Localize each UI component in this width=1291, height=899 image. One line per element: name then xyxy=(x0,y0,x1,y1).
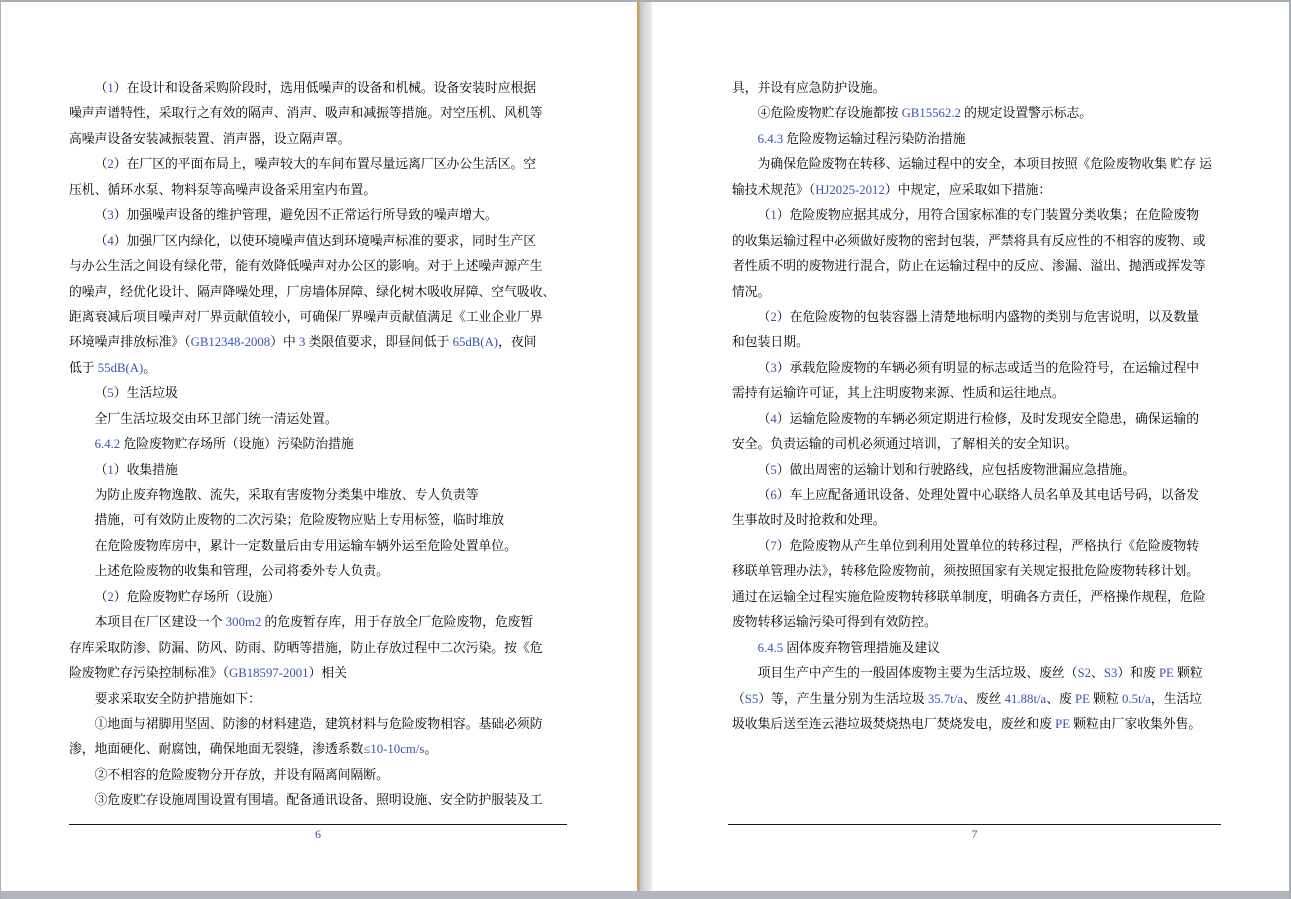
latin-text: 4 xyxy=(107,234,113,248)
latin-text: GB18597-2001 xyxy=(229,666,309,680)
latin-text: 3 xyxy=(107,208,113,222)
text-line: 噪声声谱特性，采取行之有效的隔声、消声、吸声和减振等措施。对空压机、风机等 xyxy=(69,101,631,126)
latin-text: 6.4.5 xyxy=(758,641,784,655)
text-line: 者性质不明的废物进行混合，防止在运输过程中的反应、渗漏、溢出、抛洒或挥发等 xyxy=(732,254,1283,279)
page-7-text-column: 具，并设有应急防护设施。④危险废物贮存设施都按 GB15562.2 的规定设置警… xyxy=(652,2,1289,737)
latin-text: ≤10-10cm/s xyxy=(363,742,424,756)
page-7: 具，并设有应急防护设施。④危险废物贮存设施都按 GB15562.2 的规定设置警… xyxy=(652,2,1289,891)
text-line: （2）在危险废物的包装容器上清楚地标明内盛物的类别与危害说明，以及数量 xyxy=(732,305,1283,330)
latin-text: 2 xyxy=(770,310,776,324)
section-heading: 6.4.3 危险废物运输过程污染防治措施 xyxy=(732,127,1283,152)
latin-text: HJ2025-2012 xyxy=(815,183,885,197)
text-line: 项目生产中产生的一般固体废物主要为生活垃圾、废丝（S2、S3）和废 PE 颗粒 xyxy=(732,661,1283,686)
text-line: 需持有运输许可证，其上注明废物来源、性质和运往地点。 xyxy=(732,381,1283,406)
text-line: （4）加强厂区内绿化，以使环境噪声值达到环境噪声标准的要求，同时生产区 xyxy=(69,229,631,254)
text-line: 全厂生活垃圾交由环卫部门统一清运处置。 xyxy=(69,407,631,432)
text-line: （3）承载危险废物的车辆必须有明显的标志或适当的危险符号，在运输过程中 xyxy=(732,356,1283,381)
text-line: 通过在运输全过程实施危险废物转移联单制度，明确各方责任，严格操作规程，危险 xyxy=(732,585,1283,610)
latin-text: 7 xyxy=(770,539,776,553)
text-line: （1）在设计和设备采购阶段时，选用低噪声的设备和机械。设备安装时应根据 xyxy=(69,76,631,101)
latin-text: PE xyxy=(1075,692,1090,706)
two-page-spread: （1）在设计和设备采购阶段时，选用低噪声的设备和机械。设备安装时应根据噪声声谱特… xyxy=(1,2,1289,891)
text-line: 废物转移运输污染可得到有效防控。 xyxy=(732,610,1283,635)
text-line: 上述危险废物的收集和管理，公司将委外专人负责。 xyxy=(69,559,631,584)
latin-text: 1 xyxy=(107,81,113,95)
text-line: 为确保危险废物在转移、运输过程中的安全，本项目按照《危险废物收集 贮存 运 xyxy=(732,152,1283,177)
page-6-text-column: （1）在设计和设备采购阶段时，选用低噪声的设备和机械。设备安装时应根据噪声声谱特… xyxy=(1,2,637,814)
text-line: （1）危险废物应据其成分，用符合国家标准的专门装置分类收集；在危险废物 xyxy=(732,203,1283,228)
section-heading: 6.4.2 危险废物贮存场所（设施）污染防治措施 xyxy=(69,432,631,457)
latin-text: S5 xyxy=(745,692,759,706)
page-number: 7 xyxy=(728,825,1221,842)
text-line: 环境噪声排放标准》（GB12348-2008）中 3 类限值要求，即昼间低于 6… xyxy=(69,330,631,355)
latin-text: 55dB(A) xyxy=(98,361,144,375)
text-line: 本项目在厂区建设一个 300m2 的危废暂存库，用于存放全厂危险废物，危废暂 xyxy=(69,610,631,635)
latin-text: 5 xyxy=(770,463,776,477)
text-line: （6）车上应配备通讯设备、处理处置中心联络人员名单及其电话号码，以备发 xyxy=(732,483,1283,508)
latin-text: 5 xyxy=(107,386,113,400)
latin-text: 65dB(A) xyxy=(453,335,499,349)
page-7-footer: 7 xyxy=(728,824,1221,842)
text-line: （S5）等，产生量分别为生活垃圾 35.7t/a、废丝 41.88t/a、废 P… xyxy=(732,687,1283,712)
latin-text: 3 xyxy=(299,335,305,349)
text-line: ③危废贮存设施周围设置有围墙。配备通讯设备、照明设施、安全防护服装及工 xyxy=(69,788,631,813)
text-line: （4）运输危险废物的车辆必须定期进行检修，及时发现安全隐患，确保运输的 xyxy=(732,407,1283,432)
text-line: 低于 55dB(A)。 xyxy=(69,356,631,381)
text-line: 的噪声，经优化设计、隔声降噪处理，厂房墙体屏障、绿化树木吸收屏障、空气吸收、 xyxy=(69,280,631,305)
latin-text: S3 xyxy=(1104,666,1118,680)
latin-text: 6 xyxy=(770,488,776,502)
text-line: （7）危险废物从产生单位到利用处置单位的转移过程，严格执行《危险废物转 xyxy=(732,534,1283,559)
document-viewport: （1）在设计和设备采购阶段时，选用低噪声的设备和机械。设备安装时应根据噪声声谱特… xyxy=(0,0,1291,899)
latin-text: 6.4.3 xyxy=(758,132,784,146)
latin-text: 2 xyxy=(107,157,113,171)
latin-text: 41.88t/a xyxy=(1005,692,1047,706)
text-line: 险废物贮存污染控制标准》（GB18597-2001）相关 xyxy=(69,661,631,686)
latin-text: 2 xyxy=(107,590,113,604)
latin-text: 1 xyxy=(107,463,113,477)
text-line: 安全。负责运输的司机必须通过培训，了解相关的安全知识。 xyxy=(732,432,1283,457)
text-line: 具，并设有应急防护设施。 xyxy=(732,76,1283,101)
latin-text: GB15562.2 xyxy=(902,106,961,120)
text-line: 与办公生活之间设有绿化带，能有效降低噪声对办公区的影响。对于上述噪声源产生 xyxy=(69,254,631,279)
text-line: 高噪声设备安装减振装置、消声器，设立隔声罩。 xyxy=(69,127,631,152)
text-line: 和包装日期。 xyxy=(732,330,1283,355)
page-number: 6 xyxy=(69,825,567,842)
text-line: 的收集运输过程中必须做好废物的密封包装，严禁将具有反应性的不相容的废物、或 xyxy=(732,229,1283,254)
text-line: ①地面与裙脚用坚固、防渗的材料建造，建筑材料与危险废物相容。基础必须防 xyxy=(69,712,631,737)
latin-text: 1 xyxy=(770,208,776,222)
latin-text: 4 xyxy=(770,412,776,426)
text-line: 存库采取防渗、防漏、防风、防雨、防晒等措施，防止存放过程中二次污染。按《危 xyxy=(69,636,631,661)
latin-text: 6.4.2 xyxy=(95,437,121,451)
text-line: 圾收集后送至连云港垃圾焚烧热电厂焚烧发电，废丝和废 PE 颗粒由厂家收集外售。 xyxy=(732,712,1283,737)
text-line: 生事故时及时抢救和处理。 xyxy=(732,508,1283,533)
page-6: （1）在设计和设备采购阶段时，选用低噪声的设备和机械。设备安装时应根据噪声声谱特… xyxy=(1,2,637,891)
latin-text: 3 xyxy=(770,361,776,375)
text-line: 为防止废弃物逸散、流失，采取有害废物分类集中堆放、专人负责等 xyxy=(69,483,631,508)
text-line: （2）在厂区的平面布局上，噪声较大的车间布置尽量远离厂区办公生活区。空 xyxy=(69,152,631,177)
text-line: 距离衰减后项目噪声对厂界贡献值较小，可确保厂界噪声贡献值满足《工业企业厂界 xyxy=(69,305,631,330)
latin-text: 300m2 xyxy=(226,615,262,629)
page-gap-divider xyxy=(637,2,652,891)
text-line: ④危险废物贮存设施都按 GB15562.2 的规定设置警示标志。 xyxy=(732,101,1283,126)
latin-text: GB12348-2008 xyxy=(191,335,271,349)
latin-text: PE xyxy=(1159,666,1174,680)
text-line: 渗，地面硬化、耐腐蚀，确保地面无裂缝，渗透系数≤10-10cm/s。 xyxy=(69,737,631,762)
text-line: 措施，可有效防止废物的二次污染；危险废物应贴上专用标签，临时堆放 xyxy=(69,508,631,533)
text-line: 输技术规范》（HJ2025-2012）中规定，应采取如下措施： xyxy=(732,178,1283,203)
text-line: 情况。 xyxy=(732,280,1283,305)
latin-text: S2 xyxy=(1078,666,1092,680)
text-line: 移联单管理办法》，转移危险废物前，须按照国家有关规定报批危险废物转移计划。 xyxy=(732,559,1283,584)
page-6-footer: 6 xyxy=(69,824,567,842)
text-line: （5）做出周密的运输计划和行驶路线，应包括废物泄漏应急措施。 xyxy=(732,458,1283,483)
text-line: 在危险废物库房中，累计一定数量后由专用运输车辆外运至危险处置单位。 xyxy=(69,534,631,559)
text-line: ②不相容的危险废物分开存放，并设有隔离间隔断。 xyxy=(69,763,631,788)
text-line: （3）加强噪声设备的维护管理，避免因不正常运行所导致的噪声增大。 xyxy=(69,203,631,228)
section-heading: 6.4.5 固体废弃物管理措施及建议 xyxy=(732,636,1283,661)
text-line: 压机、循环水泵、物料泵等高噪声设备采用室内布置。 xyxy=(69,178,631,203)
latin-text: PE xyxy=(1055,717,1070,731)
text-line: （1）收集措施 xyxy=(69,458,631,483)
text-line: （2）危险废物贮存场所（设施） xyxy=(69,585,631,610)
text-line: 要求采取安全防护措施如下： xyxy=(69,687,631,712)
latin-text: 35.7t/a xyxy=(928,692,963,706)
latin-text: 0.5t/a xyxy=(1122,692,1151,706)
text-line: （5）生活垃圾 xyxy=(69,381,631,406)
